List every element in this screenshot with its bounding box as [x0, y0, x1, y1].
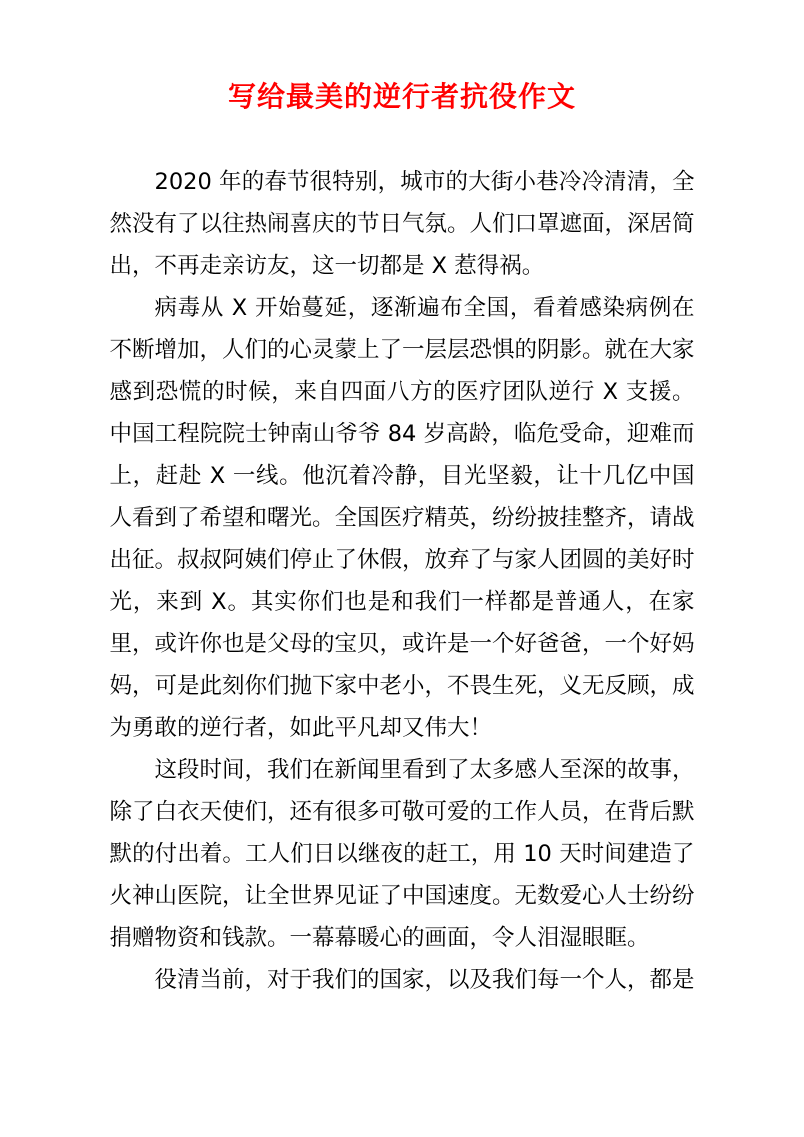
document-page: 写给最美的逆行者抗役作文 2020 年的春节很特别，城市的大街小巷冷冷清清，全然…: [0, 0, 804, 1137]
document-title: 写给最美的逆行者抗役作文: [0, 0, 804, 115]
paragraph: 役清当前，对于我们的国家，以及我们每一个人，都是: [110, 959, 695, 1001]
paragraph: 2020 年的春节很特别，城市的大街小巷冷冷清清，全然没有了以往热闹喜庆的节日气…: [110, 161, 695, 287]
document-body: 2020 年的春节很特别，城市的大街小巷冷冷清清，全然没有了以往热闹喜庆的节日气…: [110, 161, 695, 1001]
paragraph: 这段时间，我们在新闻里看到了太多感人至深的故事，除了白衣天使们，还有很多可敬可爱…: [110, 749, 695, 959]
paragraph: 病毒从 X 开始蔓延，逐渐遍布全国，看着感染病例在不断增加，人们的心灵蒙上了一层…: [110, 287, 695, 749]
